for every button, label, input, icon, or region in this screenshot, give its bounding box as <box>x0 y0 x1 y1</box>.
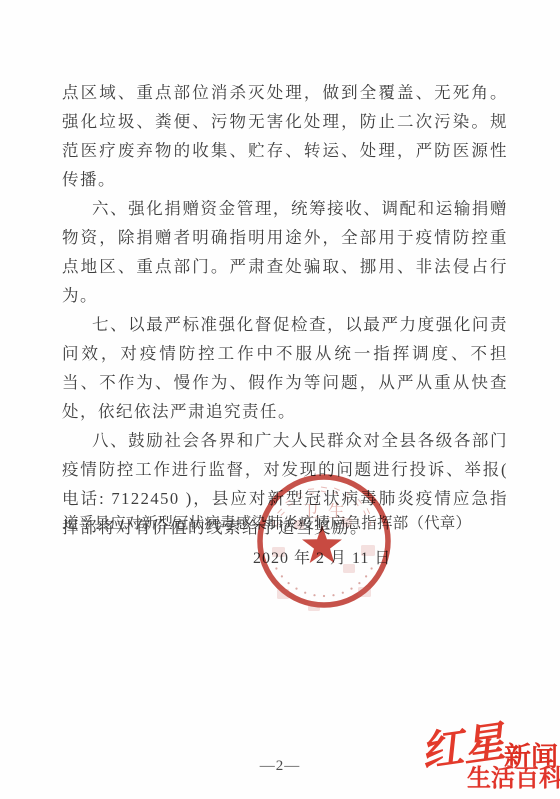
paragraph: 七、以最严标准强化督促检查，以最严力度强化问责问效，对疫情防控工作中不服从统一指… <box>62 310 508 426</box>
paragraph: 六、强化捐赠资金管理，统筹接收、调配和运输捐赠物资，除捐赠者明确指明用途外，全部… <box>62 194 508 310</box>
logo-text-shenghuobaike: 生活百科 <box>467 767 560 791</box>
seal-serial-dots <box>275 567 372 597</box>
paragraph: 点区域、重点部位消杀灭处理，做到全覆盖、无死角。强化垃圾、粪便、污物无害化处理，… <box>62 78 508 194</box>
signature-line: 道孚县应对新型冠状病毒感染肺炎疫情应急指挥部（代章） <box>63 511 523 533</box>
redstar-news-watermark: 红星 新闻 生活百科 <box>418 733 560 795</box>
document-page: 点区域、重点部位消杀灭处理，做到全覆盖、无死角。强化垃圾、粪便、污物无害化处理，… <box>0 0 560 799</box>
date-line: 2020 年 2 月 11 日 <box>253 545 391 568</box>
document-body: 点区域、重点部位消杀灭处理，做到全覆盖、无死角。强化垃圾、粪便、污物无害化处理，… <box>62 78 508 542</box>
